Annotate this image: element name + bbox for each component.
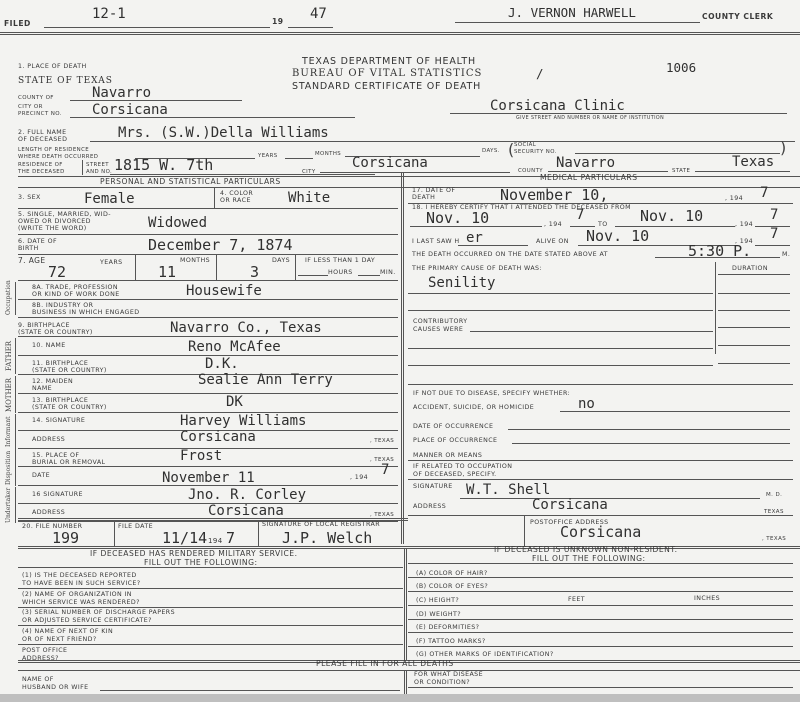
military-q3-a: (3) SERIAL NUMBER OF DISCHARGE PAPERS bbox=[22, 609, 175, 617]
filed-year-prefix: 19 bbox=[272, 18, 284, 26]
alive-year: 7 bbox=[770, 226, 778, 242]
occupation-related-label-1: IF RELATED TO OCCUPATION bbox=[413, 463, 512, 471]
dob-label-2: BIRTH bbox=[18, 245, 39, 253]
military-q4-a: (4) NAME OF NEXT OF KIN bbox=[22, 628, 113, 636]
military-q2-b: WHICH SERVICE WAS RENDERED? bbox=[22, 599, 140, 607]
burial-place-value: Frost bbox=[180, 448, 222, 464]
death-year-prefix: , 194 bbox=[725, 195, 743, 203]
residence-length-label-2: WHERE DEATH OCCURRED bbox=[18, 153, 98, 161]
attended-from-year: 7 bbox=[576, 207, 584, 223]
attended-from-value: Nov. 10 bbox=[426, 210, 489, 226]
postoffice-value: Corsicana bbox=[560, 524, 641, 540]
certificate-title: STANDARD CERTIFICATE OF DEATH bbox=[292, 81, 481, 92]
sex-value: Female bbox=[84, 191, 135, 207]
military-title-2: FILL OUT THE FOLLOWING: bbox=[144, 559, 258, 567]
industry-label-2: BUSINESS IN WHICH ENGAGED bbox=[32, 309, 139, 317]
death-certificate: FILED 12-1 19 47 J. VERNON HARWELL COUNT… bbox=[0, 0, 800, 694]
nr-weight: (D) WEIGHT? bbox=[416, 611, 461, 619]
years-label: YEARS bbox=[258, 152, 278, 160]
age-months-value: 11 bbox=[158, 264, 176, 280]
nr-deformities: (E) DEFORMITIES? bbox=[416, 624, 479, 632]
undertaker-address-value: Corsicana bbox=[208, 503, 284, 519]
filed-label: FILED bbox=[4, 20, 31, 28]
institution-value: Corsicana Clinic bbox=[490, 98, 625, 114]
street-label-2: AND NO. bbox=[86, 168, 112, 176]
city-label-2: PRECINCT NO. bbox=[18, 110, 62, 118]
not-disease-label: IF NOT DUE TO DISEASE, SPECIFY WHETHER: bbox=[413, 390, 570, 398]
informant-label: 14. SIGNATURE bbox=[32, 417, 85, 425]
age-label: 7. AGE bbox=[18, 257, 46, 265]
all-deaths-title: PLEASE FILL IN FOR ALL DEATHS bbox=[316, 660, 454, 668]
informant-address-label: ADDRESS bbox=[32, 436, 65, 444]
age-years-label: YEARS bbox=[100, 259, 123, 267]
physician-address-value: Corsicana bbox=[532, 497, 608, 513]
military-q4-b: OR OF NEXT FRIEND? bbox=[22, 636, 97, 644]
physician-signature-label: SIGNATURE bbox=[413, 483, 453, 491]
non-resident-title-1: IF DECEASED IS UNKNOWN NON-RESIDENT. bbox=[494, 546, 677, 554]
nr-height: (C) HEIGHT? bbox=[416, 597, 459, 605]
father-birthplace-value: D.K. bbox=[205, 356, 239, 372]
last-saw-pronoun: er bbox=[466, 230, 483, 246]
ssn-label-2: SECURITY NO. bbox=[514, 148, 557, 156]
death-year-value: 7 bbox=[760, 185, 768, 201]
undertaker-side-label: Undertaker bbox=[5, 487, 12, 523]
physician-value: W.T. Shell bbox=[466, 482, 550, 498]
disposition-side-label: Disposition bbox=[5, 450, 12, 486]
father-name-value: Reno McAfee bbox=[188, 339, 281, 355]
age-days-label: DAYS bbox=[272, 257, 290, 265]
place-of-death-label: 1. PLACE OF DEATH bbox=[18, 63, 87, 71]
scan-edge bbox=[0, 694, 800, 702]
postoffice-texas-label: , TEXAS bbox=[762, 535, 786, 543]
birthplace-value: Navarro Co., Texas bbox=[170, 320, 322, 336]
death-time-label: THE DEATH OCCURRED ON THE DATE STATED AB… bbox=[412, 251, 608, 259]
marital-value: Widowed bbox=[148, 215, 207, 231]
nr-inches: INCHES bbox=[694, 595, 720, 603]
nr-other-marks: (G) OTHER MARKS OF IDENTIFICATION? bbox=[416, 651, 554, 659]
state-res-value: Texas bbox=[732, 154, 774, 170]
mother-birthplace-label-2: (STATE OR COUNTRY) bbox=[32, 404, 107, 412]
less-than-day-label: IF LESS THAN 1 DAY bbox=[305, 257, 375, 265]
attended-from-year-prefix: , 194 bbox=[544, 221, 562, 229]
informant-texas-label: , TEXAS bbox=[370, 437, 394, 445]
physician-address-label: ADDRESS bbox=[413, 503, 446, 511]
registrar-signature-label: SIGNATURE OF LOCAL REGISTRAR bbox=[262, 521, 380, 529]
sex-label: 3. SEX bbox=[18, 194, 41, 202]
undertaker-value: Jno. R. Corley bbox=[188, 487, 306, 503]
file-date-label: FILE DATE bbox=[118, 523, 153, 531]
city-res-label: CITY bbox=[302, 168, 316, 176]
accident-value: no bbox=[578, 396, 595, 412]
mother-side-label: MOTHER bbox=[5, 376, 13, 413]
contributory-label-2: CAUSES WERE bbox=[413, 326, 463, 334]
nr-feet: FEET bbox=[568, 596, 585, 604]
informant-value: Harvey Williams bbox=[180, 413, 306, 429]
county-value: Navarro bbox=[92, 85, 151, 101]
deceased-name: Mrs. (S.W.)Della Williams bbox=[118, 125, 329, 141]
attended-to-year: 7 bbox=[770, 207, 778, 223]
undertaker-label: 16 SIGNATURE bbox=[32, 491, 83, 499]
military-po-a: POST OFFICE bbox=[22, 647, 67, 655]
months-label: MONTHS bbox=[315, 150, 341, 158]
military-q3-b: OR ADJUSTED SERVICE CERTIFICATE? bbox=[22, 617, 152, 625]
informant-side-label: Informant bbox=[5, 414, 12, 450]
undertaker-address-label: ADDRESS bbox=[32, 509, 65, 517]
institution-hint: GIVE STREET AND NUMBER OR NAME OF INSTIT… bbox=[516, 115, 664, 123]
military-q1-a: (1) IS THE DECEASED REPORTED bbox=[22, 572, 137, 580]
hours-label: HOURS bbox=[328, 269, 353, 277]
dob-value: December 7, 1874 bbox=[148, 237, 293, 253]
check-mark: / bbox=[536, 66, 544, 82]
county-clerk-name: J. VERNON HARWELL bbox=[508, 5, 636, 21]
manner-label: MANNER OR MEANS bbox=[413, 452, 482, 460]
mother-name-label-2: NAME bbox=[32, 385, 52, 393]
city-value: Corsicana bbox=[92, 102, 168, 118]
mother-birthplace-value: DK bbox=[226, 394, 243, 410]
trade-value: Housewife bbox=[186, 283, 262, 299]
county-label: COUNTY OF bbox=[18, 94, 54, 102]
burial-date-label: DATE bbox=[32, 472, 50, 480]
military-q1-b: TO HAVE BEEN IN SUCH SERVICE? bbox=[22, 580, 141, 588]
alive-on-value: Nov. 10 bbox=[586, 228, 649, 244]
personal-section-title: PERSONAL AND STATISTICAL PARTICULARS bbox=[100, 178, 281, 186]
disease-label-a: FOR WHAT DISEASE bbox=[414, 671, 483, 679]
alive-on-label: ALIVE ON bbox=[536, 238, 569, 246]
age-months-label: MONTHS bbox=[180, 257, 210, 265]
file-date-value: 11/14 bbox=[162, 530, 207, 546]
occupation-related-label-2: OF DECEASED, SPECIFY. bbox=[413, 471, 497, 479]
nr-eyes: (B) COLOR OF EYES? bbox=[416, 583, 488, 591]
md-label: M. D. bbox=[766, 491, 782, 499]
father-side-label: FATHER bbox=[5, 338, 13, 374]
last-saw-label: I LAST SAW H bbox=[412, 238, 460, 246]
burial-year-value: 7 bbox=[381, 462, 389, 478]
medical-section-title: MEDICAL PARTICULARS bbox=[540, 174, 638, 182]
contributory-label-1: CONTRIBUTORY bbox=[413, 318, 468, 326]
certificate-number: 1006 bbox=[666, 60, 696, 76]
filed-date: 12-1 bbox=[92, 6, 126, 22]
accident-label: ACCIDENT, SUICIDE, OR HOMICIDE bbox=[413, 404, 534, 412]
file-number-value: 199 bbox=[52, 530, 79, 546]
residence-label-2: THE DECEASED bbox=[18, 168, 65, 176]
death-date-label-2: DEATH bbox=[412, 194, 435, 202]
burial-date-value: November 11 bbox=[162, 470, 255, 486]
city-res-value: Corsicana bbox=[352, 155, 428, 171]
attended-to-value: Nov. 10 bbox=[640, 208, 703, 224]
occurrence-place-label: PLACE OF OCCURRENCE bbox=[413, 437, 497, 445]
min-label: MIN. bbox=[380, 269, 396, 277]
occupation-side-label: Occupation bbox=[5, 282, 12, 315]
duration-label: DURATION bbox=[732, 265, 768, 273]
informant-address-value: Corsicana bbox=[180, 429, 256, 445]
military-q2-a: (2) NAME OF ORGANIZATION IN bbox=[22, 591, 132, 599]
father-name-label: 10. NAME bbox=[32, 342, 66, 350]
m-label: M. bbox=[782, 251, 790, 259]
county-res-value: Navarro bbox=[556, 155, 615, 171]
mother-name-value: Sealie Ann Terry bbox=[198, 372, 333, 388]
burial-year-prefix: , 194 bbox=[350, 474, 368, 482]
full-name-label-2: OF DECEASED bbox=[18, 136, 67, 144]
bureau-title: BUREAU OF VITAL STATISTICS bbox=[292, 68, 482, 79]
filed-year: 47 bbox=[310, 6, 327, 22]
county-clerk-title: COUNTY CLERK bbox=[702, 13, 773, 21]
military-title-1: IF DECEASED HAS RENDERED MILITARY SERVIC… bbox=[90, 550, 298, 558]
spouse-label-b: HUSBAND OR WIFE bbox=[22, 684, 89, 692]
occurrence-date-label: DATE OF OCCURRENCE bbox=[413, 423, 493, 431]
state-res-label: STATE bbox=[672, 167, 690, 175]
registrar-value: J.P. Welch bbox=[282, 530, 372, 546]
primary-cause-value: Senility bbox=[428, 275, 495, 291]
days-label: DAYS. bbox=[482, 147, 500, 155]
attended-to-year-prefix: , 194 bbox=[735, 221, 753, 229]
primary-cause-label: THE PRIMARY CAUSE OF DEATH WAS: bbox=[412, 265, 542, 273]
color-value: White bbox=[288, 190, 330, 206]
trade-label-2: OR KIND OF WORK DONE bbox=[32, 291, 120, 299]
nr-tattoo: (F) TATTOO MARKS? bbox=[416, 638, 486, 646]
death-time-value: 5:30 P. bbox=[688, 243, 751, 259]
color-label-2: OR RACE bbox=[220, 197, 251, 205]
street-value: 1815 W. 7th bbox=[114, 157, 213, 173]
disease-label-b: OR CONDITION? bbox=[414, 679, 470, 687]
file-date-year: 7 bbox=[226, 530, 235, 546]
dept-title: TEXAS DEPARTMENT OF HEALTH bbox=[302, 56, 476, 67]
file-date-year-prefix: 194 bbox=[208, 537, 223, 545]
non-resident-title-2: FILL OUT THE FOLLOWING: bbox=[532, 555, 646, 563]
age-days-value: 3 bbox=[250, 264, 259, 280]
marital-label-3: (WRITE THE WORD) bbox=[18, 225, 87, 233]
age-years-value: 72 bbox=[48, 264, 66, 280]
death-date-value: November 10, bbox=[500, 187, 608, 203]
spouse-label-a: NAME OF bbox=[22, 676, 54, 684]
